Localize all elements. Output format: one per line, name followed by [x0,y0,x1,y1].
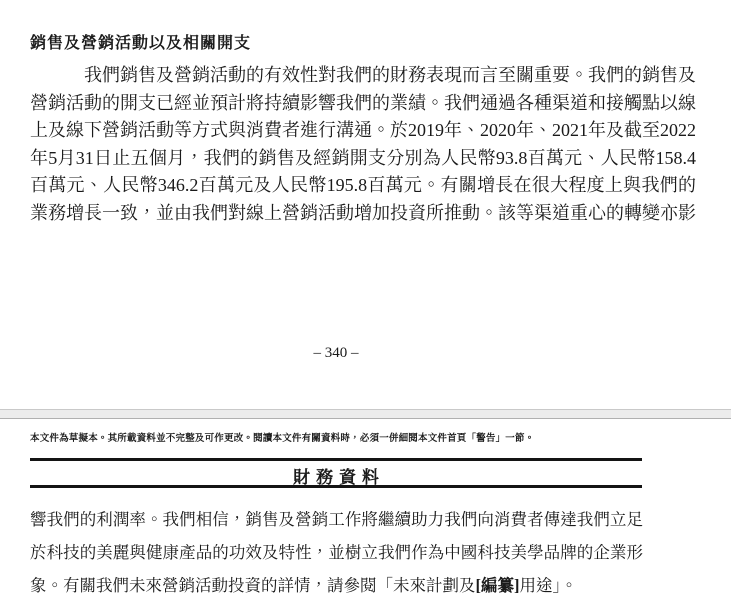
continuation-paragraph-suffix: 用途」。 [520,576,578,595]
draft-disclaimer: 本文件為草擬本。其所載資料並不完整及可作更改。閱讀本文件有關資料時，必須一併細閱… [30,430,710,444]
section-heading-sales-marketing: 銷售及營銷活動以及相關開支 [30,30,251,53]
document-page: 銷售及營銷活動以及相關開支 我們銷售及營銷活動的有效性對我們的財務表現而言至關重… [0,0,731,610]
section-rule-bottom [30,485,642,488]
page-number: – 340 – [0,345,672,362]
body-paragraph-sales-marketing: 我們銷售及營銷活動的有效性對我們的財務表現而言至關重要。我們的銷售及營銷活動的開… [30,62,696,227]
page-separator-band [0,409,731,419]
redacted-placeholder: [編纂] [476,576,520,595]
section-rule-top [30,458,642,461]
continuation-paragraph: 響我們的利潤率。我們相信，銷售及營銷工作將繼續助力我們向消費者傳達我們立足於科技… [30,503,643,602]
